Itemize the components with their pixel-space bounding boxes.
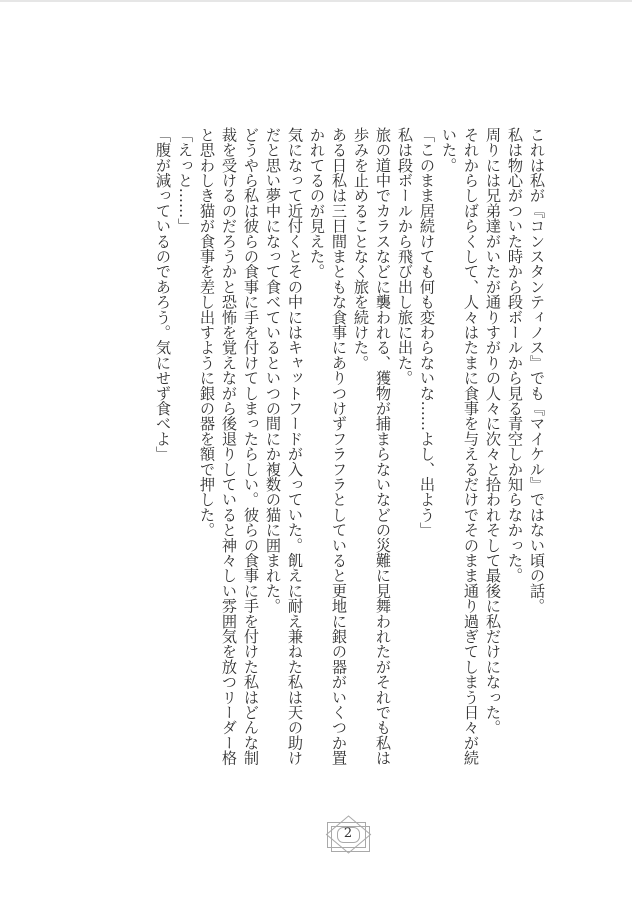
text-line: 気になって近付くとその中にはキャットフードが入っていた。飢えに耐え兼ねた私は天の… — [284, 127, 306, 777]
text-line: と思わしき猫が食事を差し出すように銀の器を額で押した。 — [196, 127, 218, 777]
text-line: 旅の道中でカラスなどに襲われる、獲物が捕まらないなどの災難に見舞われたがそれでも… — [372, 127, 394, 777]
text-line: だと思い夢中になって食べているといつの間にか複数の猫に囲まれた。 — [262, 127, 284, 777]
page-number: 2 — [322, 826, 374, 842]
text-line: 私は物心がついた時から段ボールから見る青空しか知らなかった。 — [504, 127, 526, 777]
text-line: どうやら私は彼らの食事に手を付けてしまったらしい。彼らの食事に手を付けた私はどん… — [240, 127, 262, 777]
document-page: これは私が『コンスタンティノス』でも『マイケル』ではない頃の話。 私は物心がつい… — [0, 0, 632, 900]
text-line: 私は段ボールから飛び出し旅に出た。 — [394, 127, 416, 777]
page-number-ornament: 2 — [322, 812, 374, 858]
text-line: 「えっと……」 — [174, 127, 196, 777]
text-line: それからしばらくして、人々はたまに食事を与えるだけでそのまま通り過ぎてしまう日々… — [460, 127, 482, 777]
text-line: 「このまま居続けても何も変わらないな……よし、出よう」 — [416, 127, 438, 777]
text-line: ある日私は三日間まともな食事にありつけずフラフラとしていると更地に銀の器がいくつ… — [328, 127, 350, 777]
body-text: これは私が『コンスタンティノス』でも『マイケル』ではない頃の話。 私は物心がつい… — [152, 127, 548, 777]
text-line: いた。 — [438, 127, 460, 777]
text-line: 裁を受けるのだろうかと恐怖を覚えながら後退りしていると神々しい雰囲気を放つリーダ… — [218, 127, 240, 777]
text-line: 歩みを止めることなく旅を続けた。 — [350, 127, 372, 777]
page-top-edge — [0, 0, 632, 2]
text-line: これは私が『コンスタンティノス』でも『マイケル』ではない頃の話。 — [526, 127, 548, 777]
text-line: 周りには兄弟達がいたが通りすがりの人々に次々と拾われそして最後に私だけになった。 — [482, 127, 504, 777]
text-line: 「腹が減っているのであろう。気にせず食べよ」 — [152, 127, 174, 777]
text-line: かれてるのが見えた。 — [306, 127, 328, 777]
